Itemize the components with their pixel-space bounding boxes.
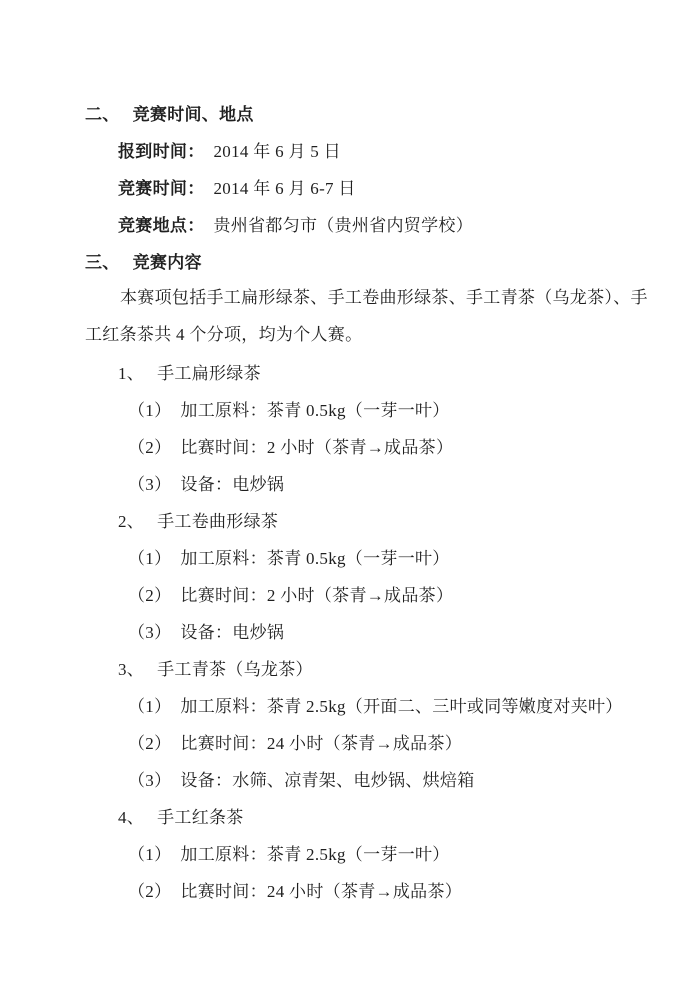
detail-row: （3） 设备：电炒锅 — [128, 464, 651, 501]
detail-number: （1） — [128, 396, 171, 421]
detail-number: （1） — [128, 544, 171, 569]
info-label: 报到时间： — [118, 137, 205, 162]
detail-number: （1） — [128, 840, 171, 865]
detail-text: 设备：电炒锅 — [180, 470, 284, 495]
info-row-competition-time: 竞赛时间： 2014 年 6 月 6-7 日 — [118, 168, 651, 205]
detail-row: （1） 加工原料：茶青 2.5kg（一芽一叶） — [128, 834, 651, 871]
section-title: 竞赛时间、地点 — [133, 100, 254, 125]
item-title: 手工扁形绿茶 — [157, 359, 261, 384]
item-number: 4、 — [118, 803, 144, 828]
detail-number: （3） — [128, 766, 171, 791]
detail-row: （1） 加工原料：茶青 2.5kg（开面二、三叶或同等嫩度对夹叶） — [128, 686, 651, 723]
detail-number: （3） — [128, 618, 171, 643]
info-value: 2014 年 6 月 6-7 日 — [214, 174, 356, 199]
detail-text: 比赛时间：24 小时（茶青→成品茶） — [180, 729, 462, 754]
detail-row: （3） 设备：电炒锅 — [128, 612, 651, 649]
info-label: 竞赛地点： — [118, 211, 205, 236]
detail-text: 设备：水筛、凉青架、电炒锅、烘焙箱 — [180, 766, 474, 791]
detail-row: （2） 比赛时间：2 小时（茶青→成品茶） — [128, 575, 651, 612]
detail-text: 加工原料：茶青 2.5kg（一芽一叶） — [180, 840, 449, 865]
detail-row: （3） 设备：水筛、凉青架、电炒锅、烘焙箱 — [128, 760, 651, 797]
document-content: 二、 竞赛时间、地点 报到时间： 2014 年 6 月 5 日 竞赛时间： 20… — [85, 94, 651, 908]
item-title-row: 2、 手工卷曲形绿茶 — [118, 501, 651, 538]
detail-text: 加工原料：茶青 0.5kg（一芽一叶） — [180, 396, 449, 421]
detail-number: （2） — [128, 433, 171, 458]
detail-text: 比赛时间：2 小时（茶青→成品茶） — [180, 581, 453, 606]
detail-text: 比赛时间：2 小时（茶青→成品茶） — [180, 433, 453, 458]
item-title: 手工红条茶 — [157, 803, 244, 828]
detail-text: 设备：电炒锅 — [180, 618, 284, 643]
section-number: 三、 — [85, 248, 120, 273]
detail-row: （2） 比赛时间：24 小时（茶青→成品茶） — [128, 871, 651, 908]
item-number: 3、 — [118, 655, 144, 680]
item-title: 手工青茶（乌龙茶） — [157, 655, 313, 680]
document-page: 二、 竞赛时间、地点 报到时间： 2014 年 6 月 5 日 竞赛时间： 20… — [0, 0, 699, 988]
info-value: 2014 年 6 月 5 日 — [214, 137, 341, 162]
detail-text: 比赛时间：24 小时（茶青→成品茶） — [180, 877, 462, 902]
info-row-competition-place: 竞赛地点： 贵州省都匀市（贵州省内贸学校） — [118, 205, 651, 242]
detail-row: （2） 比赛时间：24 小时（茶青→成品茶） — [128, 723, 651, 760]
detail-row: （1） 加工原料：茶青 0.5kg（一芽一叶） — [128, 538, 651, 575]
item-title-row: 1、 手工扁形绿茶 — [118, 353, 651, 390]
detail-text: 加工原料：茶青 0.5kg（一芽一叶） — [180, 544, 449, 569]
item-number: 2、 — [118, 507, 144, 532]
detail-text: 加工原料：茶青 2.5kg（开面二、三叶或同等嫩度对夹叶） — [180, 692, 622, 717]
item-title: 手工卷曲形绿茶 — [157, 507, 278, 532]
info-row-registration-time: 报到时间： 2014 年 6 月 5 日 — [118, 131, 651, 168]
info-label: 竞赛时间： — [118, 174, 205, 199]
detail-number: （2） — [128, 729, 171, 754]
detail-number: （1） — [128, 692, 171, 717]
detail-number: （2） — [128, 581, 171, 606]
detail-row: （2） 比赛时间：2 小时（茶青→成品茶） — [128, 427, 651, 464]
section-heading-time-place: 二、 竞赛时间、地点 — [85, 94, 651, 131]
detail-number: （2） — [128, 877, 171, 902]
section-title: 竞赛内容 — [133, 248, 202, 273]
item-number: 1、 — [118, 359, 144, 384]
intro-paragraph: 本赛项包括手工扁形绿茶、手工卷曲形绿茶、手工青茶（乌龙茶）、手工红条茶共 4 个… — [85, 279, 651, 353]
section-number: 二、 — [85, 100, 120, 125]
item-title-row: 4、 手工红条茶 — [118, 797, 651, 834]
section-heading-content: 三、 竞赛内容 — [85, 242, 651, 279]
info-value: 贵州省都匀市（贵州省内贸学校） — [214, 211, 474, 236]
detail-row: （1） 加工原料：茶青 0.5kg（一芽一叶） — [128, 390, 651, 427]
item-title-row: 3、 手工青茶（乌龙茶） — [118, 649, 651, 686]
detail-number: （3） — [128, 470, 171, 495]
